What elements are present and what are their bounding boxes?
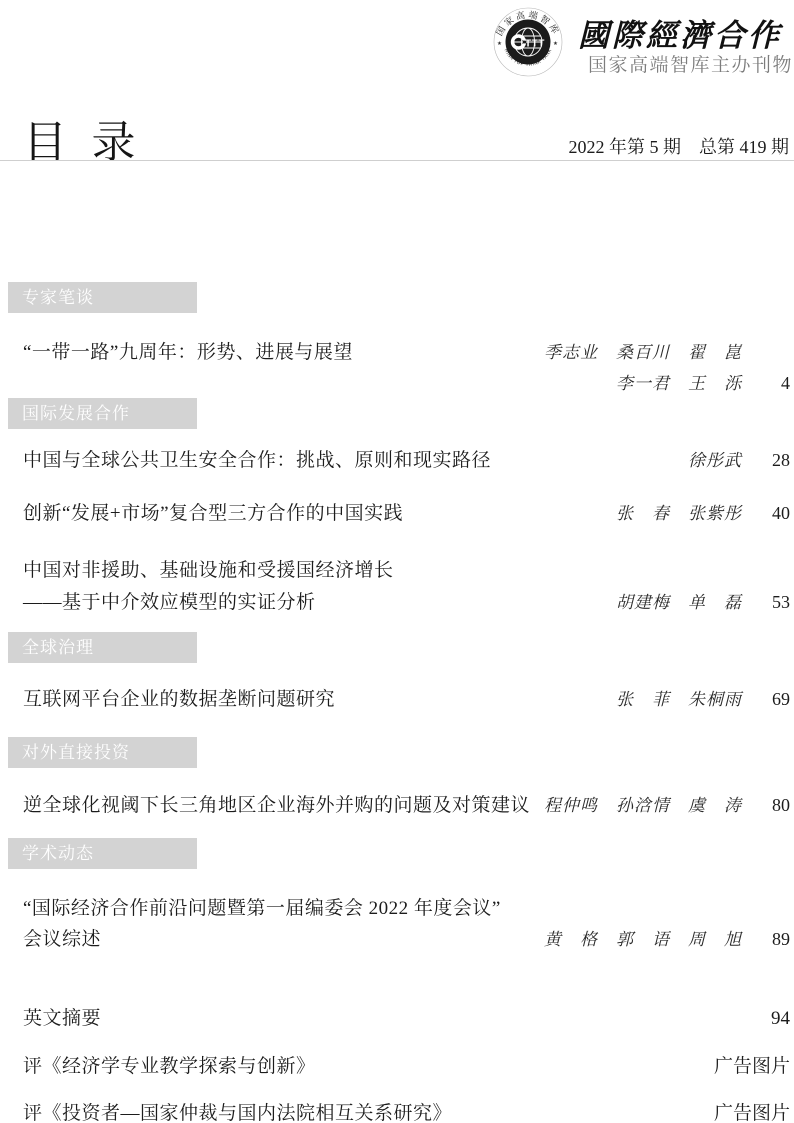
article-authors: 张 菲 朱桐雨 — [616, 685, 742, 710]
back-matter-title: 英文摘要 — [23, 1003, 101, 1030]
header-rule — [0, 160, 794, 161]
page-number: 53 — [754, 592, 790, 613]
page-number: 28 — [754, 450, 790, 471]
article-authors: 胡建梅 单 磊 — [616, 588, 742, 613]
page-number: 89 — [754, 929, 790, 950]
article-title: 中国对非援助、基础设施和受援国经济增长 — [23, 555, 394, 582]
page-number: 69 — [754, 689, 790, 710]
back-matter-title: 评《经济学专业教学探索与创新》 — [23, 1051, 316, 1078]
page-number: 80 — [754, 795, 790, 816]
toc-row: 中国与全球公共卫生安全合作：挑战、原则和现实路径 徐彤武 28 — [23, 445, 790, 472]
journal-subtitle: 国家高端智库主办刊物 — [588, 50, 793, 77]
article-subtitle: 会议综述 — [23, 924, 101, 951]
logo-star-left-icon: ★ — [497, 40, 502, 47]
toc-row: 创新“发展+市场”复合型三方合作的中国实践 张 春 张紫彤 40 — [23, 498, 790, 525]
article-authors: 季志业 桑百川 翟 崑 — [544, 338, 742, 363]
page-number: 广告图片 — [714, 1051, 790, 1078]
section-bar-outward-fdi: 对外直接投资 — [8, 737, 197, 768]
toc-row: 逆全球化视阈下长三角地区企业海外并购的问题及对策建议 程仲鸣 孙浛情 虞 涛 8… — [23, 790, 790, 817]
section-bar-global-governance: 全球治理 — [8, 632, 197, 663]
issue-info: 2022 年第 5 期 总第 419 期 — [569, 133, 790, 159]
article-authors: 程仲鸣 孙浛情 虞 涛 — [544, 791, 742, 816]
article-title: “一带一路”九周年：形势、进展与展望 — [23, 337, 353, 364]
page-number: 40 — [754, 503, 790, 524]
section-bar-expert-notes: 专家笔谈 — [8, 282, 197, 313]
page-number: 广告图片 — [714, 1098, 790, 1123]
toc-row: 评《投资者—国家仲裁与国内法院相互关系研究》 广告图片 — [23, 1098, 790, 1123]
journal-title-calligraphy: 國際經濟合作 — [578, 10, 792, 55]
article-title: 创新“发展+市场”复合型三方合作的中国实践 — [23, 498, 403, 525]
toc-row: 会议综述 黄 格 郭 语 周 旭 89 — [23, 924, 790, 951]
article-title: “国际经济合作前沿问题暨第一届编委会 2022 年度会议” — [23, 893, 501, 920]
toc-row: 评《经济学专业教学探索与创新》 广告图片 — [23, 1051, 790, 1078]
toc-page: 国家高端智库 CHINA TOP THINK TANKS ★ ★ TTT 國際經… — [0, 0, 794, 1123]
article-authors: 徐彤武 — [688, 446, 742, 471]
article-title: 逆全球化视阈下长三角地区企业海外并购的问题及对策建议 — [23, 790, 530, 817]
article-authors: 李一君 王 泺 — [616, 369, 742, 394]
section-bar-intl-development: 国际发展合作 — [8, 398, 197, 429]
article-subtitle: ——基于中介效应模型的实证分析 — [23, 587, 316, 614]
toc-row: “一带一路”九周年：形势、进展与展望 季志业 桑百川 翟 崑 — [23, 337, 790, 364]
section-bar-academic-news: 学术动态 — [8, 838, 197, 869]
back-matter-title: 评《投资者—国家仲裁与国内法院相互关系研究》 — [23, 1098, 452, 1123]
article-authors: 黄 格 郭 语 周 旭 — [544, 925, 742, 950]
page-number: 4 — [754, 373, 790, 394]
toc-row: 中国对非援助、基础设施和受援国经济增长 — [23, 555, 790, 582]
svg-text:TTT: TTT — [525, 38, 545, 49]
logo-star-right-icon: ★ — [553, 40, 558, 47]
page-number: 94 — [754, 1008, 790, 1030]
article-title: 互联网平台企业的数据垄断问题研究 — [23, 684, 335, 711]
article-authors: 张 春 张紫彤 — [616, 499, 742, 524]
think-tank-logo-icon: 国家高端智库 CHINA TOP THINK TANKS ★ ★ TTT — [492, 5, 564, 77]
toc-row: “国际经济合作前沿问题暨第一届编委会 2022 年度会议” — [23, 893, 790, 920]
toc-row: 李一君 王 泺 4 — [23, 369, 790, 394]
article-title: 中国与全球公共卫生安全合作：挑战、原则和现实路径 — [23, 445, 491, 472]
toc-row: 互联网平台企业的数据垄断问题研究 张 菲 朱桐雨 69 — [23, 684, 790, 711]
toc-row: ——基于中介效应模型的实证分析 胡建梅 单 磊 53 — [23, 587, 790, 614]
toc-row: 英文摘要 94 — [23, 1003, 790, 1030]
